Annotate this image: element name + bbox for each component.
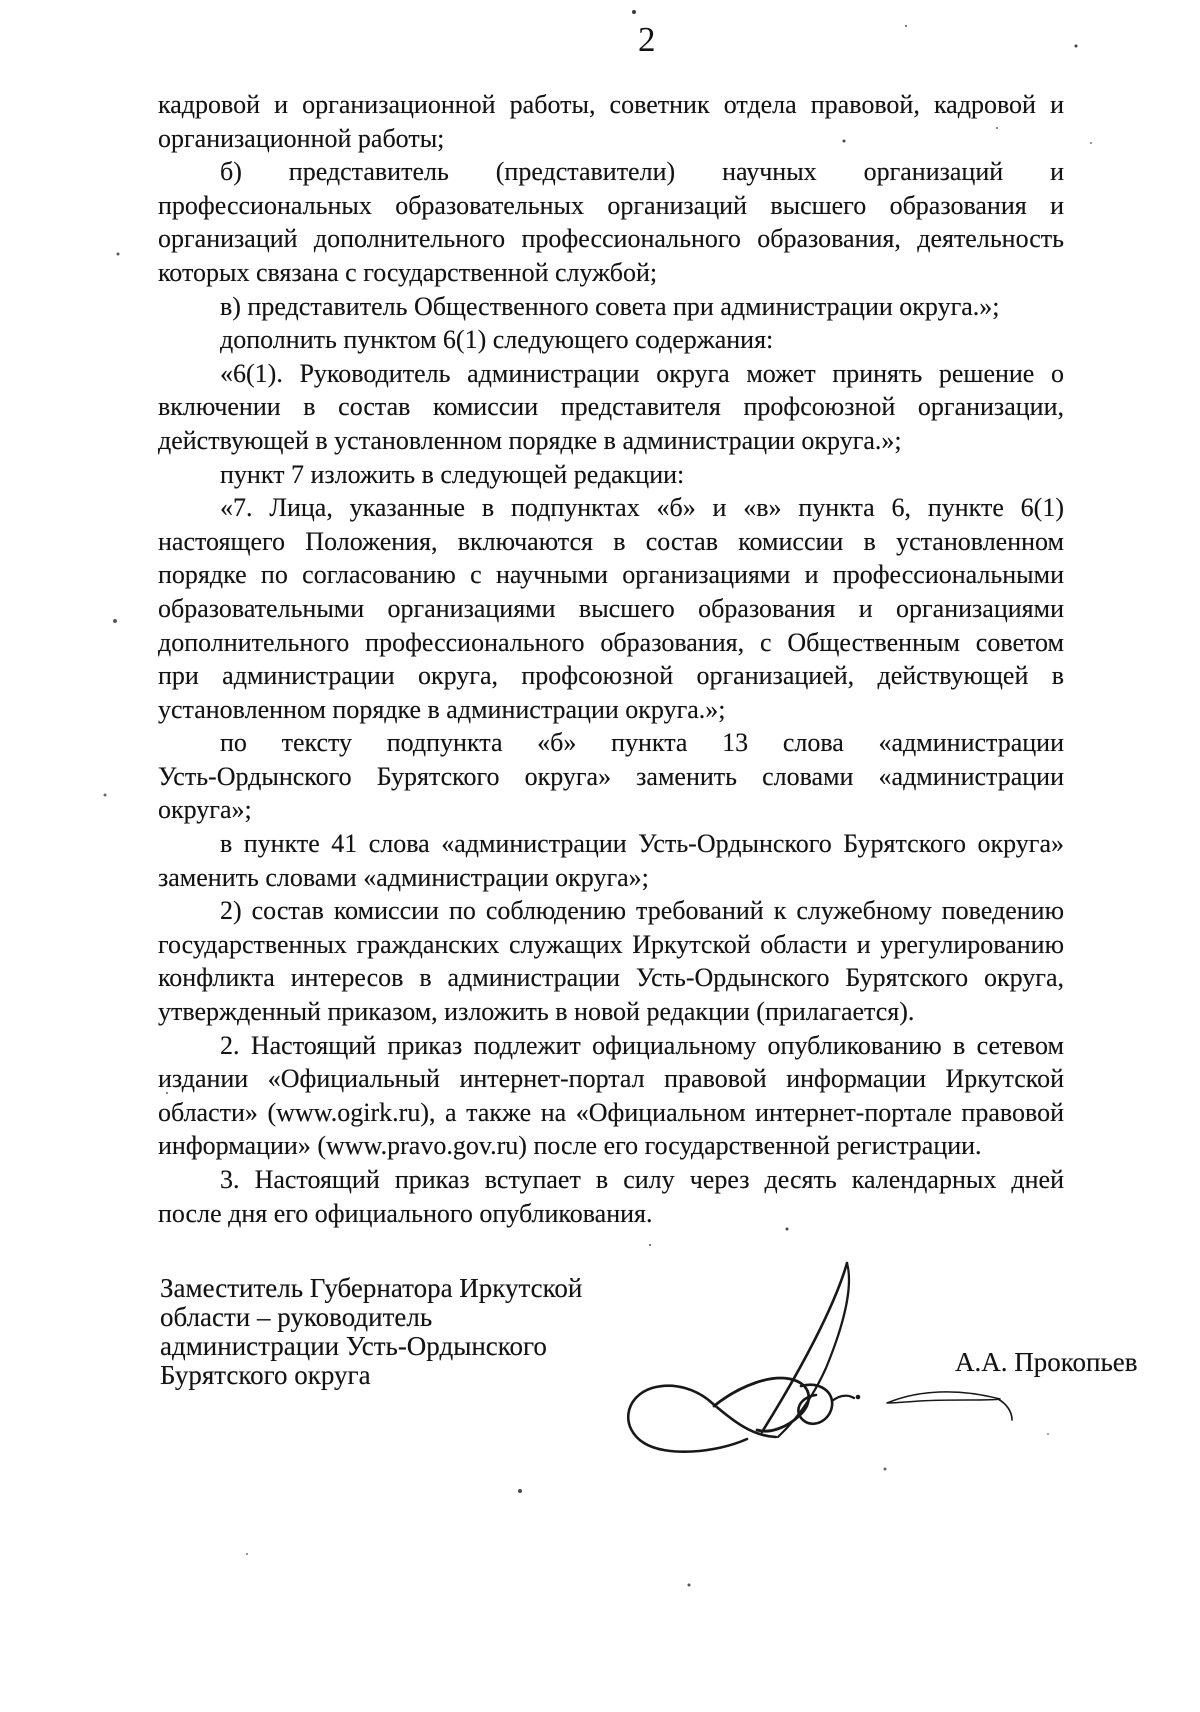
page-number: 2 — [638, 20, 656, 60]
signatory-title-line: Бурятского округа — [160, 1361, 680, 1390]
document-line: издании «Официальный интернет-портал пра… — [158, 1062, 1064, 1096]
document-body: кадровой и организационной работы, совет… — [158, 88, 1064, 1230]
signatory-name: А.А. Прокопьев — [955, 1347, 1138, 1378]
signatory-title-line: администрации Усть-Ордынского — [160, 1332, 680, 1361]
document-line: заменить словами «администрации округа»; — [158, 861, 1064, 895]
document-line: по тексту подпункта «б» пункта 13 слова … — [158, 726, 1064, 760]
document-line: образовательными организациями высшего о… — [158, 592, 1064, 626]
document-line: настоящего Положения, включаются в соста… — [158, 525, 1064, 559]
document-line: кадровой и организационной работы, совет… — [158, 88, 1064, 122]
scan-noise — [0, 0, 2, 2]
document-line: «7. Лица, указанные в подпунктах «б» и «… — [158, 491, 1064, 525]
document-line: 2) состав комиссии по соблюдению требова… — [158, 894, 1064, 928]
document-line: утвержденный приказом, изложить в новой … — [158, 995, 1064, 1029]
document-line: области» (www.ogirk.ru), а также на «Офи… — [158, 1096, 1064, 1130]
document-line: информации» (www.pravo.gov.ru) после его… — [158, 1129, 1064, 1163]
document-line: которых связана с государственной службо… — [158, 256, 1064, 290]
document-line: после дня его официального опубликования… — [158, 1197, 1064, 1231]
document-line: округа»; — [158, 793, 1064, 827]
document-line: действующей в установленном порядке в ад… — [158, 424, 1064, 458]
document-line: Усть-Ордынского Бурятского округа» замен… — [158, 760, 1064, 794]
document-line: установленном порядке в администрации ок… — [158, 693, 1064, 727]
document-line: пункт 7 изложить в следующей редакции: — [158, 458, 1064, 492]
document-line: в) представитель Общественного совета пр… — [158, 290, 1064, 324]
document-line: порядке по согласованию с научными орган… — [158, 558, 1064, 592]
document-line: профессиональных образовательных организ… — [158, 189, 1064, 223]
signatory-title-line: области – руководитель — [160, 1303, 680, 1332]
document-line: конфликта интересов в администрации Усть… — [158, 961, 1064, 995]
document-line: государственных гражданских служащих Ирк… — [158, 928, 1064, 962]
document-line: дополнительного профессионального образо… — [158, 626, 1064, 660]
document-line: б) представитель (представители) научных… — [158, 155, 1064, 189]
document-line: в пункте 41 слова «администрации Усть-Ор… — [158, 827, 1064, 861]
document-line: при администрации округа, профсоюзной ор… — [158, 659, 1064, 693]
document-line: организационной работы; — [158, 122, 1064, 156]
document-line: 3. Настоящий приказ вступает в силу чере… — [158, 1163, 1064, 1197]
signatory-title-line: Заместитель Губернатора Иркутской — [160, 1274, 680, 1303]
document-line: 2. Настоящий приказ подлежит официальном… — [158, 1029, 1064, 1063]
scanned-document-page: 2 кадровой и организационной работы, сов… — [0, 0, 1200, 1712]
document-line: включении в состав комиссии представител… — [158, 390, 1064, 424]
document-line: «6(1). Руководитель администрации округа… — [158, 357, 1064, 391]
document-line: организаций дополнительного профессионал… — [158, 222, 1064, 256]
signatory-title: Заместитель Губернатора Иркутскойобласти… — [160, 1274, 680, 1390]
document-line: дополнить пунктом 6(1) следующего содерж… — [158, 323, 1064, 357]
